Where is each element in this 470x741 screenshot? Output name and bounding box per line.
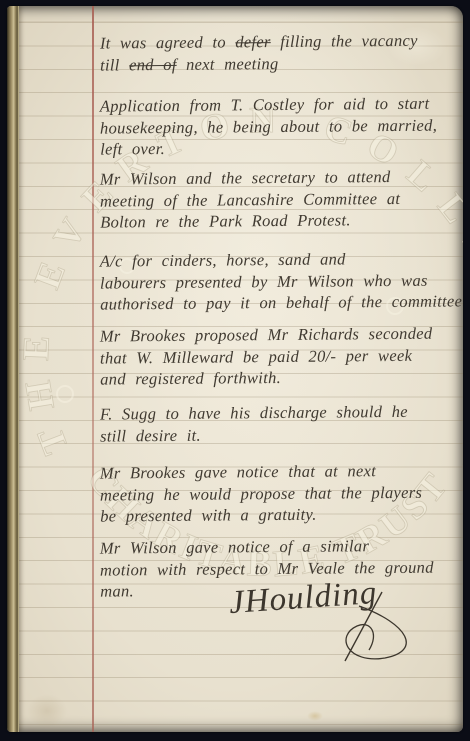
minute-paragraph: Mr Brookes gave notice that at nextmeeti…: [100, 459, 462, 527]
handwritten-line: Mr Brookes gave notice that at next: [100, 459, 461, 484]
handwritten-line: F. Sugg to have his discharge should he: [100, 400, 461, 425]
handwritten-line: motion with respect to Mr Veale the grou…: [100, 556, 461, 581]
text-segment: Mr Brookes proposed Mr Richards seconded: [100, 324, 433, 346]
handwritten-minutes: It was agreed to defer filling the vacan…: [7, 6, 463, 732]
text-segment: F. Sugg to have his discharge should he: [100, 402, 408, 424]
handwritten-line: It was agreed to defer filling the vacan…: [100, 29, 461, 54]
minute-paragraph: F. Sugg to have his discharge should hes…: [100, 400, 461, 446]
text-segment: labourers presented by Mr Wilson who was: [100, 270, 428, 292]
handwritten-line: labourers presented by Mr Wilson who was: [100, 269, 461, 294]
text-segment: man.: [100, 581, 134, 600]
text-segment: and registered forthwith.: [100, 368, 281, 389]
handwritten-line: left over.: [100, 135, 461, 160]
text-segment: Bolton re the Park Road Protest.: [100, 210, 351, 231]
handwritten-line: Mr Brookes proposed Mr Richards seconded: [100, 322, 461, 347]
handwritten-line: still desire it.: [100, 422, 461, 447]
handwritten-line: till end of next meeting: [100, 51, 461, 76]
handwritten-line: authorised to pay it on behalf of the co…: [100, 290, 461, 315]
minute-paragraph: Application from T. Costley for aid to s…: [100, 92, 462, 160]
text-segment: A/c for cinders, horse, sand and: [100, 249, 346, 270]
text-segment: housekeeping, he being about to be marri…: [100, 115, 437, 137]
text-segment: filling the vacancy: [271, 31, 418, 51]
text-segment: authorised to pay it on behalf of the co…: [100, 291, 462, 313]
text-segment: It was agreed to: [100, 32, 236, 52]
struck-text: defer: [235, 32, 271, 51]
text-segment: still desire it.: [100, 425, 201, 445]
handwritten-line: that W. Milleward be paid 20/- per week: [100, 344, 461, 369]
minute-paragraph: A/c for cinders, horse, sand andlabourer…: [100, 247, 462, 315]
text-segment: left over.: [100, 139, 165, 159]
handwritten-line: housekeeping, he being about to be marri…: [100, 114, 461, 139]
text-segment: till: [100, 55, 129, 74]
text-segment: meeting of the Lancashire Committee at: [100, 188, 400, 210]
photograph-background: THE EVERTON COLLECTION CHARITABLE TRUST …: [0, 0, 470, 741]
handwritten-line: meeting of the Lancashire Committee at: [100, 187, 461, 212]
handwritten-line: meeting he would propose that the player…: [100, 481, 461, 506]
text-segment: that W. Milleward be paid 20/- per week: [100, 345, 412, 367]
handwritten-line: and registered forthwith.: [100, 365, 461, 390]
handwritten-line: A/c for cinders, horse, sand and: [100, 247, 461, 272]
minute-paragraph: It was agreed to defer filling the vacan…: [100, 29, 461, 75]
handwritten-line: be presented with a gratuity.: [100, 502, 461, 527]
struck-text: end of: [129, 54, 177, 73]
minute-paragraph: Mr Wilson and the secretary to attendmee…: [100, 165, 462, 233]
text-segment: next meeting: [177, 54, 279, 74]
text-segment: be presented with a gratuity.: [100, 505, 317, 526]
text-segment: meeting he would propose that the player…: [100, 482, 422, 504]
handwritten-line: Bolton re the Park Road Protest.: [100, 208, 461, 233]
handwritten-line: Application from T. Costley for aid to s…: [100, 92, 461, 117]
handwritten-line: Mr Wilson gave notice of a similar: [100, 534, 461, 559]
text-segment: Mr Brookes gave notice that at next: [100, 461, 376, 482]
minute-book-page: THE EVERTON COLLECTION CHARITABLE TRUST …: [7, 6, 463, 732]
text-segment: Mr Wilson and the secretary to attend: [100, 167, 391, 189]
handwritten-line: Mr Wilson and the secretary to attend: [100, 165, 461, 190]
text-segment: Application from T. Costley for aid to s…: [100, 94, 430, 116]
minute-paragraph: Mr Brookes proposed Mr Richards seconded…: [100, 322, 462, 390]
text-segment: motion with respect to Mr Veale the grou…: [100, 557, 434, 579]
text-segment: Mr Wilson gave notice of a similar: [100, 536, 370, 557]
